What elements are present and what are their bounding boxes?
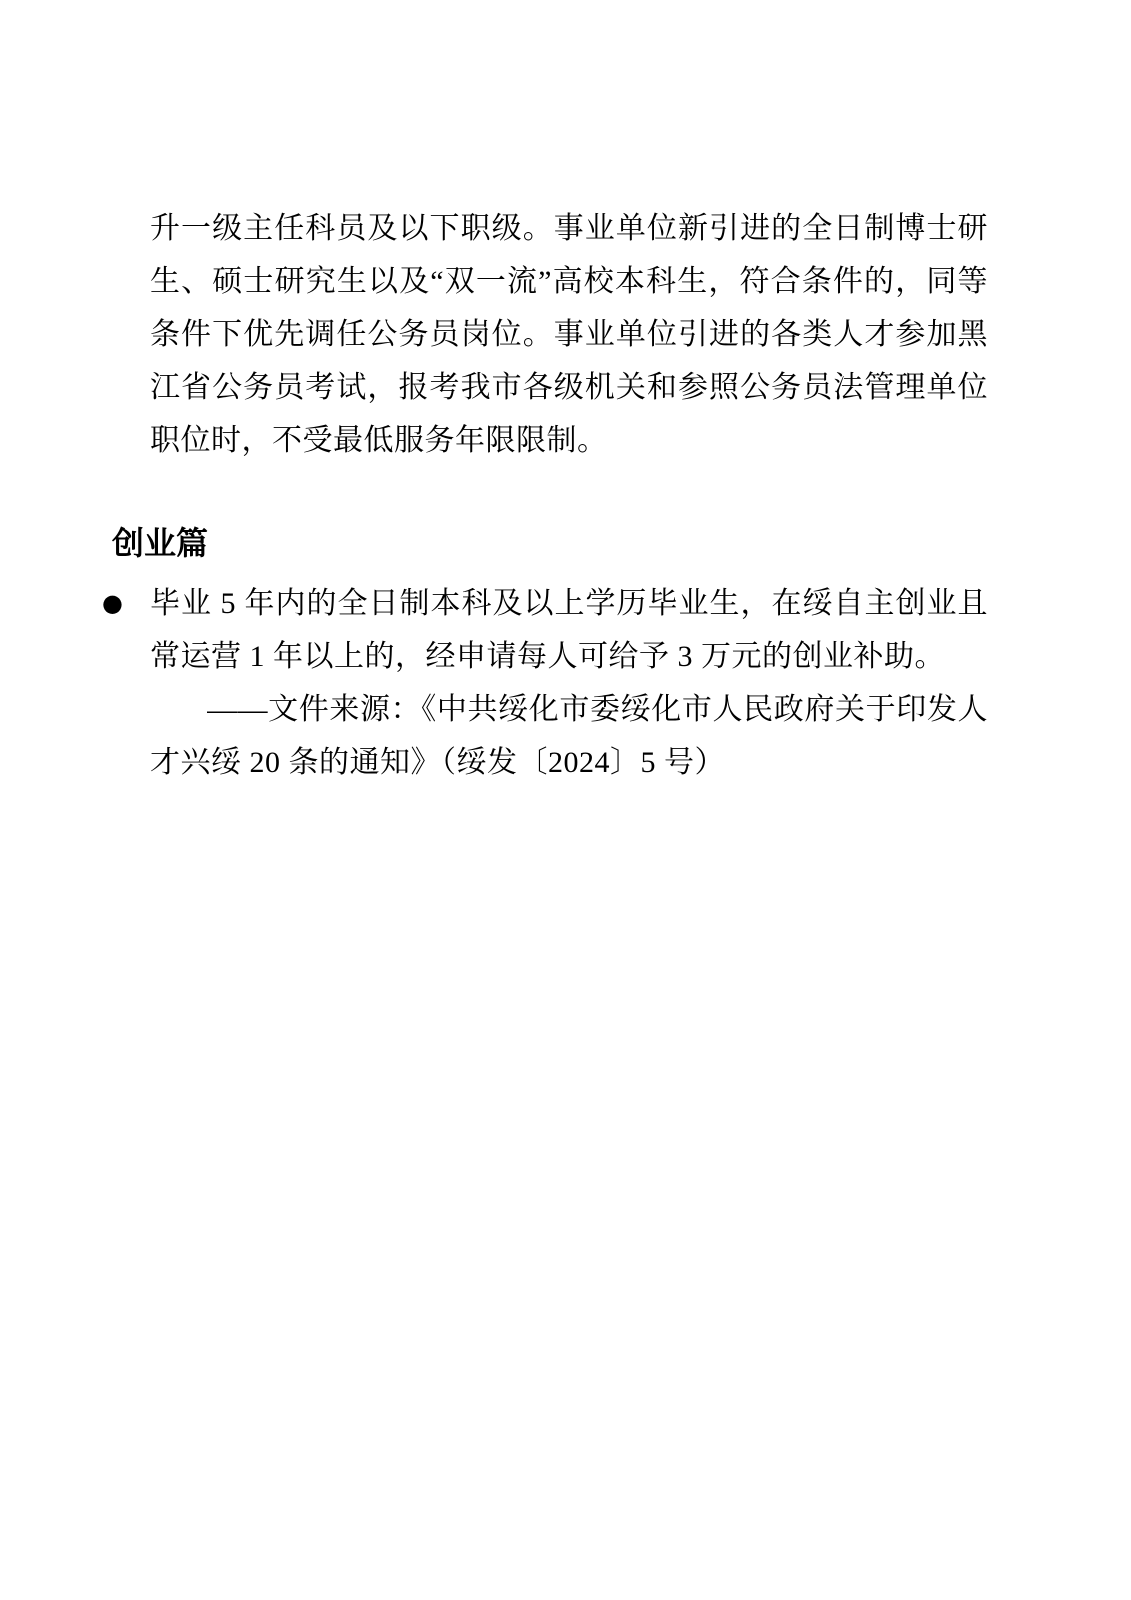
bullet-line: 毕业 5 年内的全日制本科及以上学历毕业生，在绥自主创业且正 — [150, 577, 988, 630]
bullet-item: ● 毕业 5 年内的全日制本科及以上学历毕业生，在绥自主创业且正 常运营 1 年… — [150, 577, 988, 789]
paragraph-line: 职位时，不受最低服务年限限制。 — [150, 414, 988, 467]
paragraph-line: 升一级主任科员及以下职级。事业单位新引进的全日制博士研究 — [150, 202, 988, 255]
bullet-marker-icon: ● — [102, 577, 123, 630]
paragraph-continuation: 升一级主任科员及以下职级。事业单位新引进的全日制博士研究 生、硕士研究生以及“双… — [150, 202, 988, 467]
paragraph-line: 生、硕士研究生以及“双一流”高校本科生，符合条件的，同等 — [150, 255, 988, 308]
bullet-line: 常运营 1 年以上的，经申请每人可给予 3 万元的创业补助。 — [150, 630, 988, 683]
section-heading: 创业篇 — [112, 520, 208, 566]
document-page: 升一级主任科员及以下职级。事业单位新引进的全日制博士研究 生、硕士研究生以及“双… — [0, 0, 1131, 1600]
source-line: 才兴绥 20 条的通知》（绥发〔2024〕5 号） — [150, 736, 988, 789]
paragraph-line: 江省公务员考试，报考我市各级机关和参照公务员法管理单位的 — [150, 361, 988, 414]
source-line: ——文件来源：《中共绥化市委绥化市人民政府关于印发人 — [207, 683, 988, 736]
paragraph-line: 条件下优先调任公务员岗位。事业单位引进的各类人才参加黑龙 — [150, 308, 988, 361]
